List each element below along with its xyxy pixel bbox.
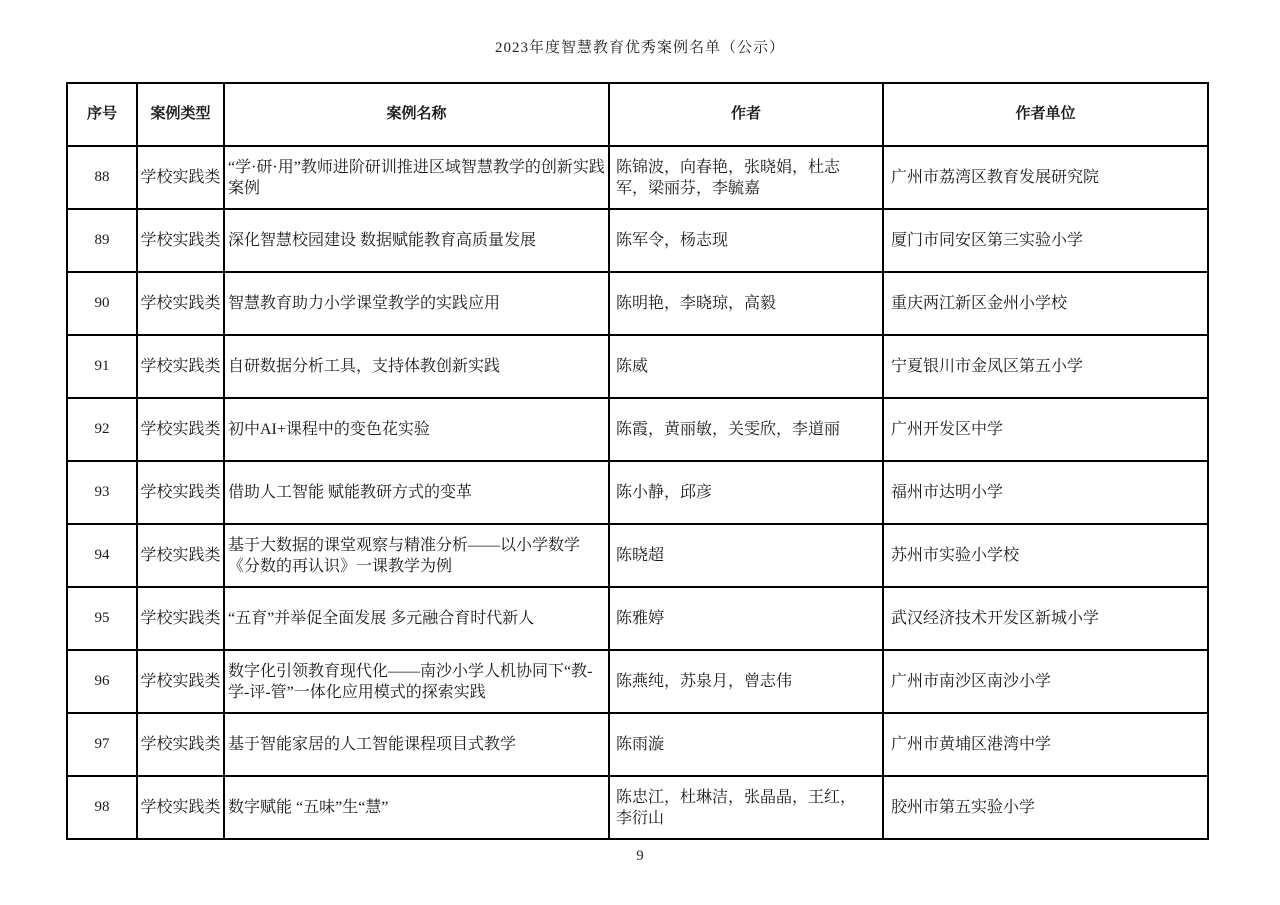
cell-serial: 93 bbox=[67, 461, 137, 524]
page-number: 9 bbox=[0, 848, 1280, 865]
cell-authors: 陈燕纯，苏泉月，曾志伟 bbox=[609, 650, 883, 713]
cell-case-name: “学·研·用”教师进阶研训推进区域智慧教学的创新实践案例 bbox=[224, 146, 609, 209]
cell-serial: 91 bbox=[67, 335, 137, 398]
cell-authors: 陈雨漩 bbox=[609, 713, 883, 776]
header-case-type: 案例类型 bbox=[137, 83, 224, 146]
table-row: 91 学校实践类 自研数据分析工具，支持体教创新实践 陈威 宁夏银川市金凤区第五… bbox=[67, 335, 1208, 398]
cell-case-name: 数字化引领教育现代化——南沙小学人机协同下“教-学-评-管”一体化应用模式的探索… bbox=[224, 650, 609, 713]
cell-case-name: “五育”并举促全面发展 多元融合育时代新人 bbox=[224, 587, 609, 650]
cell-case-name: 基于大数据的课堂观察与精准分析——以小学数学《分数的再认识》一课教学为例 bbox=[224, 524, 609, 587]
cell-case-type: 学校实践类 bbox=[137, 650, 224, 713]
table-row: 93 学校实践类 借助人工智能 赋能教研方式的变革 陈小静，邱彦 福州市达明小学 bbox=[67, 461, 1208, 524]
cell-serial: 92 bbox=[67, 398, 137, 461]
table-row: 90 学校实践类 智慧教育助力小学课堂教学的实践应用 陈明艳，李晓琼，高毅 重庆… bbox=[67, 272, 1208, 335]
header-case-name: 案例名称 bbox=[224, 83, 609, 146]
cell-case-type: 学校实践类 bbox=[137, 587, 224, 650]
cell-serial: 98 bbox=[67, 776, 137, 839]
cell-case-type: 学校实践类 bbox=[137, 146, 224, 209]
table-header-row: 序号 案例类型 案例名称 作者 作者单位 bbox=[67, 83, 1208, 146]
table-row: 94 学校实践类 基于大数据的课堂观察与精准分析——以小学数学《分数的再认识》一… bbox=[67, 524, 1208, 587]
cell-case-name: 智慧教育助力小学课堂教学的实践应用 bbox=[224, 272, 609, 335]
table-row: 97 学校实践类 基于智能家居的人工智能课程项目式教学 陈雨漩 广州市黄埔区港湾… bbox=[67, 713, 1208, 776]
cell-serial: 95 bbox=[67, 587, 137, 650]
page-title: 2023年度智慧教育优秀案例名单（公示） bbox=[0, 36, 1280, 57]
cell-authors: 陈霞，黄丽敏，关雯欣，李道丽 bbox=[609, 398, 883, 461]
cell-case-type: 学校实践类 bbox=[137, 461, 224, 524]
cell-author-org: 广州开发区中学 bbox=[883, 398, 1208, 461]
cell-case-type: 学校实践类 bbox=[137, 713, 224, 776]
cell-author-org: 胶州市第五实验小学 bbox=[883, 776, 1208, 839]
table-row: 98 学校实践类 数字赋能 “五味”生“慧” 陈忠江，杜琳洁，张晶晶，王红，李衍… bbox=[67, 776, 1208, 839]
header-serial: 序号 bbox=[67, 83, 137, 146]
table-row: 92 学校实践类 初中AI+课程中的变色花实验 陈霞，黄丽敏，关雯欣，李道丽 广… bbox=[67, 398, 1208, 461]
cell-case-name: 数字赋能 “五味”生“慧” bbox=[224, 776, 609, 839]
cell-case-type: 学校实践类 bbox=[137, 776, 224, 839]
cell-authors: 陈明艳，李晓琼，高毅 bbox=[609, 272, 883, 335]
cell-authors: 陈晓超 bbox=[609, 524, 883, 587]
cell-case-name: 基于智能家居的人工智能课程项目式教学 bbox=[224, 713, 609, 776]
cell-author-org: 广州市南沙区南沙小学 bbox=[883, 650, 1208, 713]
cell-author-org: 福州市达明小学 bbox=[883, 461, 1208, 524]
cell-authors: 陈军令，杨志现 bbox=[609, 209, 883, 272]
cell-serial: 90 bbox=[67, 272, 137, 335]
cell-case-name: 借助人工智能 赋能教研方式的变革 bbox=[224, 461, 609, 524]
header-author-org: 作者单位 bbox=[883, 83, 1208, 146]
cell-author-org: 武汉经济技术开发区新城小学 bbox=[883, 587, 1208, 650]
cell-serial: 94 bbox=[67, 524, 137, 587]
cell-serial: 88 bbox=[67, 146, 137, 209]
table-row: 89 学校实践类 深化智慧校园建设 数据赋能教育高质量发展 陈军令，杨志现 厦门… bbox=[67, 209, 1208, 272]
header-authors: 作者 bbox=[609, 83, 883, 146]
cell-author-org: 苏州市实验小学校 bbox=[883, 524, 1208, 587]
table-body: 88 学校实践类 “学·研·用”教师进阶研训推进区域智慧教学的创新实践案例 陈锦… bbox=[67, 146, 1208, 839]
cell-case-name: 自研数据分析工具，支持体教创新实践 bbox=[224, 335, 609, 398]
cell-serial: 96 bbox=[67, 650, 137, 713]
table-row: 96 学校实践类 数字化引领教育现代化——南沙小学人机协同下“教-学-评-管”一… bbox=[67, 650, 1208, 713]
cell-case-name: 初中AI+课程中的变色花实验 bbox=[224, 398, 609, 461]
cell-case-type: 学校实践类 bbox=[137, 209, 224, 272]
cell-case-type: 学校实践类 bbox=[137, 335, 224, 398]
table-row: 95 学校实践类 “五育”并举促全面发展 多元融合育时代新人 陈雅婷 武汉经济技… bbox=[67, 587, 1208, 650]
cell-author-org: 广州市黄埔区港湾中学 bbox=[883, 713, 1208, 776]
cell-author-org: 厦门市同安区第三实验小学 bbox=[883, 209, 1208, 272]
cell-serial: 89 bbox=[67, 209, 137, 272]
cell-case-name: 深化智慧校园建设 数据赋能教育高质量发展 bbox=[224, 209, 609, 272]
table-row: 88 学校实践类 “学·研·用”教师进阶研训推进区域智慧教学的创新实践案例 陈锦… bbox=[67, 146, 1208, 209]
cell-serial: 97 bbox=[67, 713, 137, 776]
cell-authors: 陈威 bbox=[609, 335, 883, 398]
case-list-table: 序号 案例类型 案例名称 作者 作者单位 88 学校实践类 “学·研·用”教师进… bbox=[66, 82, 1209, 840]
cell-authors: 陈小静，邱彦 bbox=[609, 461, 883, 524]
cell-author-org: 重庆两江新区金州小学校 bbox=[883, 272, 1208, 335]
cell-case-type: 学校实践类 bbox=[137, 272, 224, 335]
cell-authors: 陈雅婷 bbox=[609, 587, 883, 650]
cell-case-type: 学校实践类 bbox=[137, 524, 224, 587]
cell-author-org: 广州市荔湾区教育发展研究院 bbox=[883, 146, 1208, 209]
cell-case-type: 学校实践类 bbox=[137, 398, 224, 461]
cell-authors: 陈忠江，杜琳洁，张晶晶，王红，李衍山 bbox=[609, 776, 883, 839]
document-page: 2023年度智慧教育优秀案例名单（公示） 序号 案例类型 案例名称 作者 作者单… bbox=[0, 0, 1280, 905]
cell-authors: 陈锦波，向春艳，张晓娟，杜志军，梁丽芬，李毓嘉 bbox=[609, 146, 883, 209]
cell-author-org: 宁夏银川市金凤区第五小学 bbox=[883, 335, 1208, 398]
